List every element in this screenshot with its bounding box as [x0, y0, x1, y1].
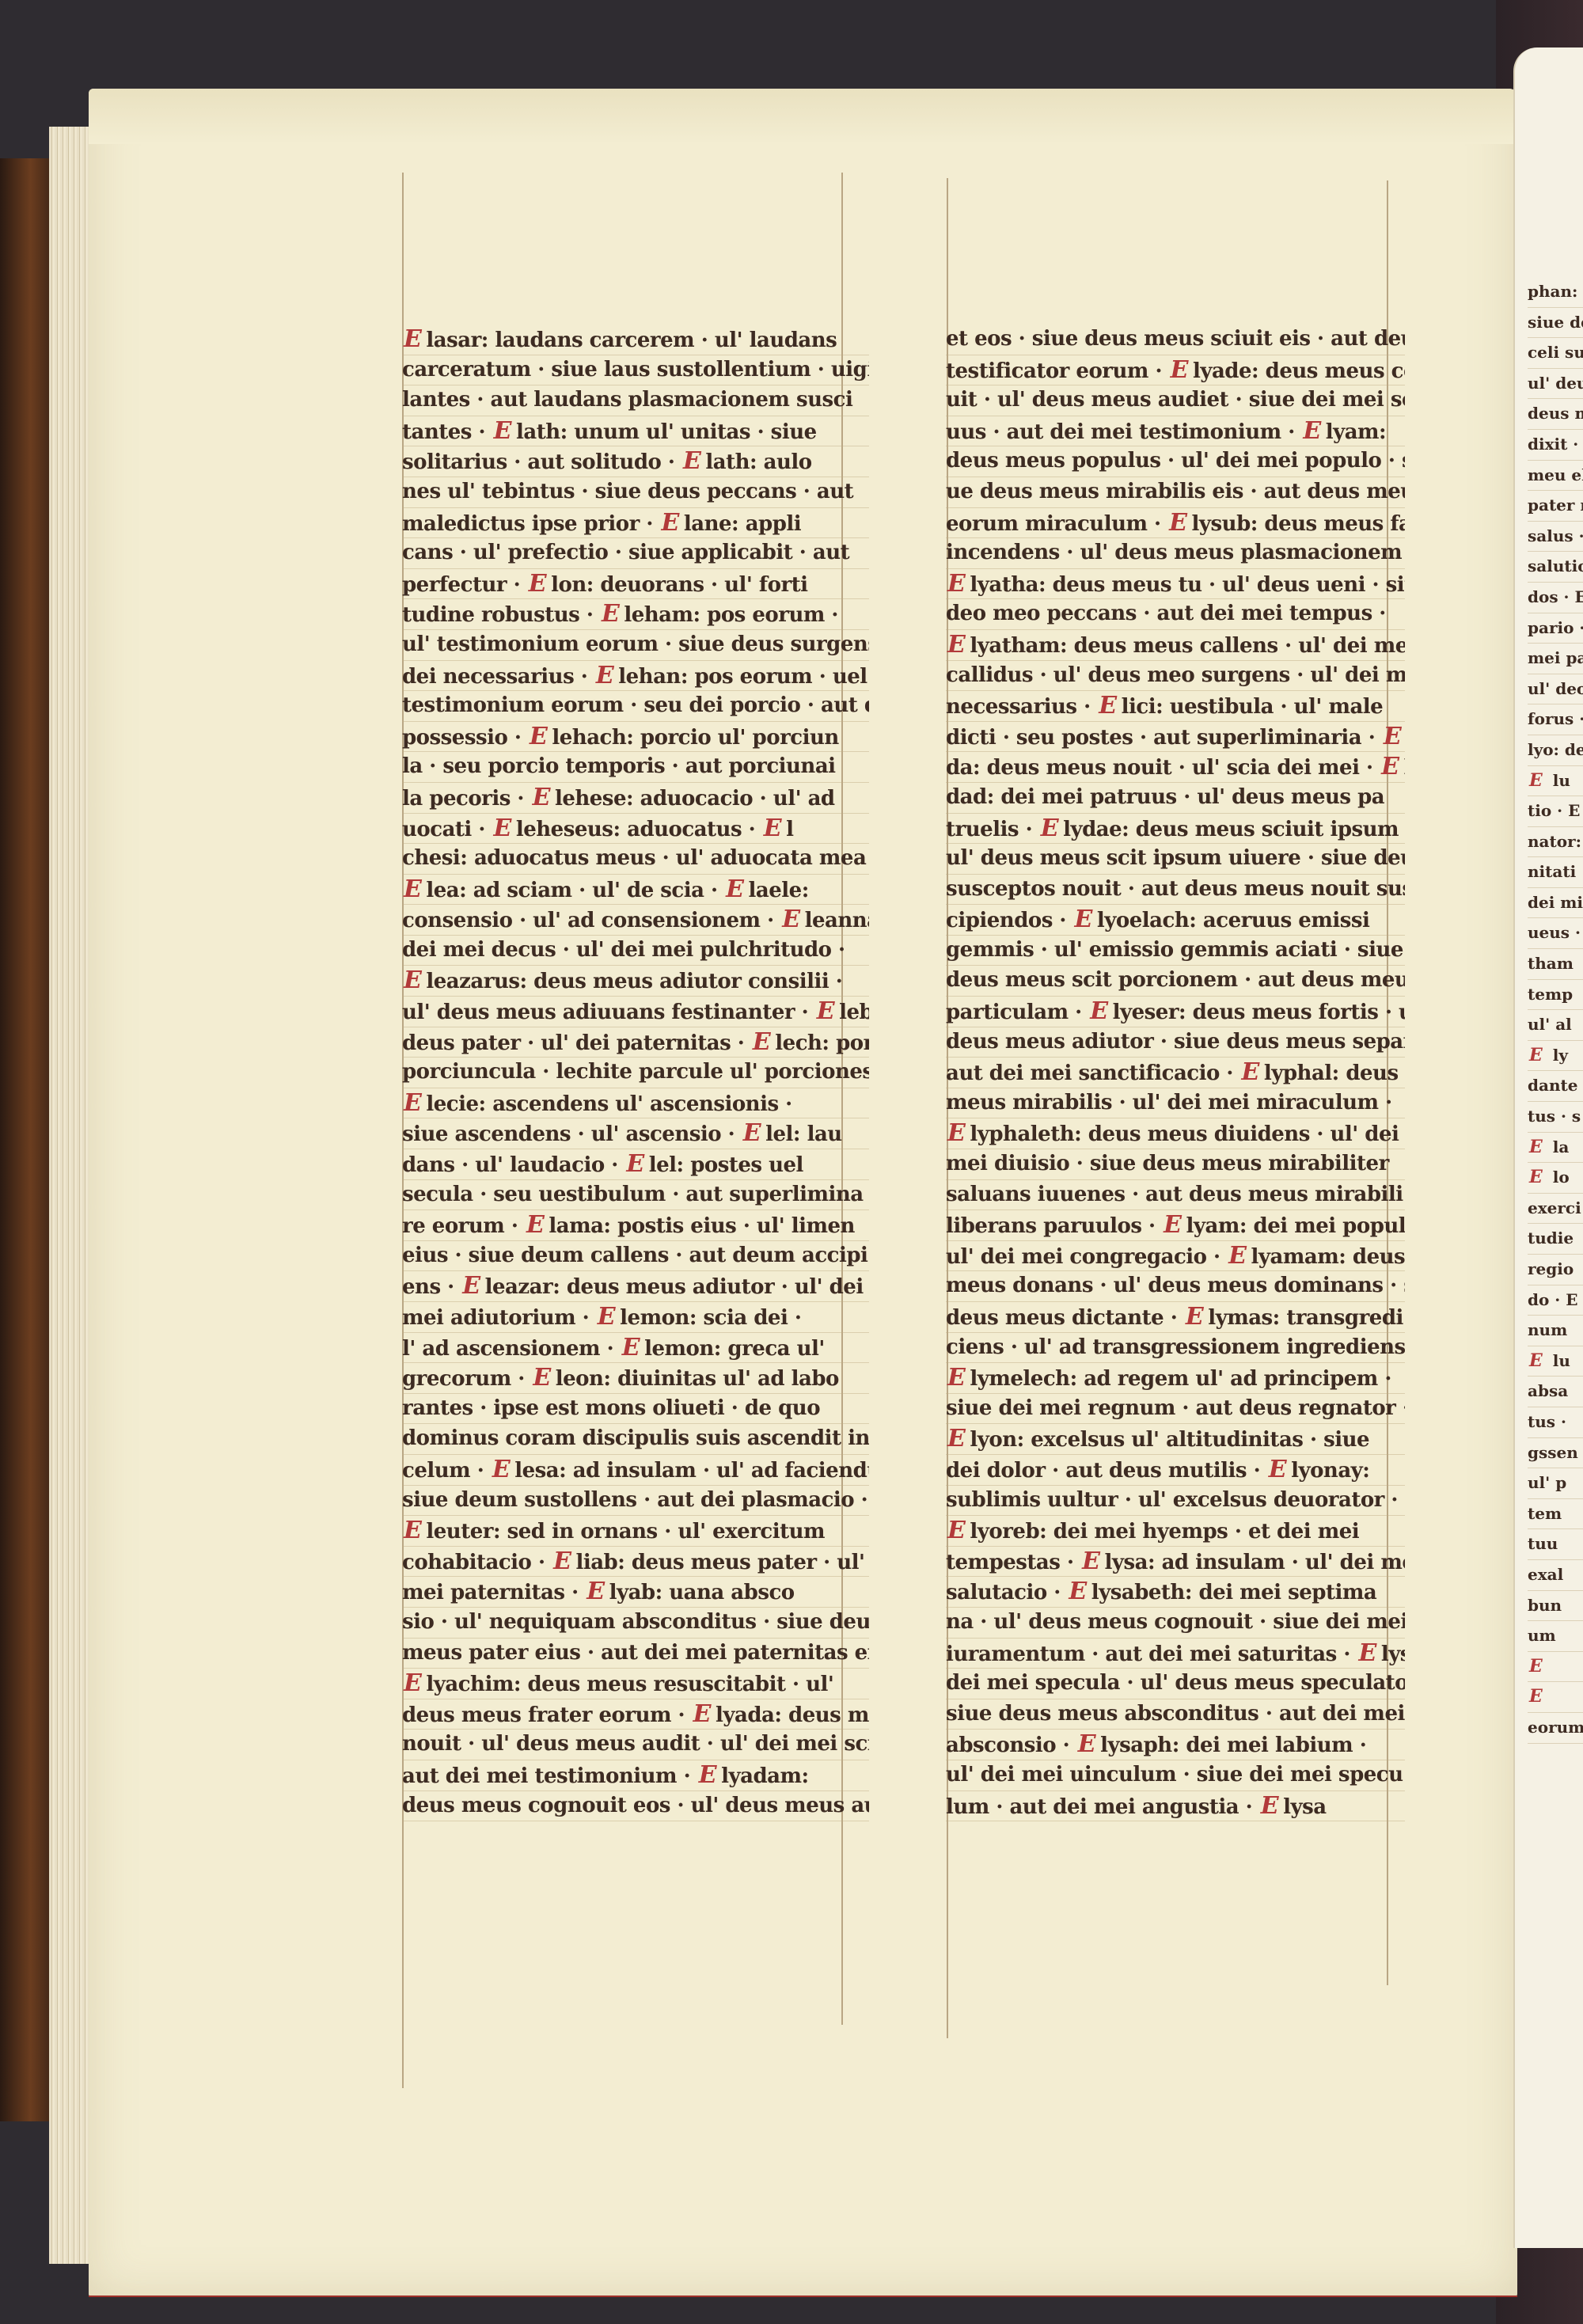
- line-text: callidus · ul' deus meo surgens · ul' de…: [946, 663, 1405, 687]
- text-line: carceratum · siue laus sustollentium · u…: [402, 355, 869, 386]
- facing-text-fragment: E la: [1528, 1133, 1583, 1164]
- facing-text-fragment: deus meus: [1528, 399, 1583, 430]
- line-text: lyatha: deus meus tu · ul' deus ueni · s…: [970, 573, 1405, 597]
- rubric-initial: E: [947, 631, 965, 659]
- line-text: lea: ad sciam · ul' de scia ·: [426, 879, 717, 902]
- text-line: deo meo peccans · aut dei mei tempus ·: [946, 599, 1405, 630]
- line-text: lyeser: deus meus fortis · uel: [1113, 1001, 1405, 1024]
- text-line: da: deus meus nouit · ul' scia dei mei ·…: [946, 752, 1405, 783]
- line-text: ul' deus meus adiuuans festinanter ·: [402, 1001, 808, 1024]
- rubric-initial: E: [662, 509, 679, 537]
- line-text: lyphaleth: deus meus diuidens · ul' dei: [970, 1122, 1399, 1146]
- text-line: maledictus ipse prior · Elane: appli: [402, 508, 869, 539]
- rubric-initial: E: [530, 723, 547, 750]
- text-line: dei mei decus · ul' dei mei pulchritudo …: [402, 936, 869, 966]
- facing-text-fragment: tio · E: [1528, 796, 1583, 827]
- line-text: lama: postis eius · ul' limen: [549, 1214, 855, 1238]
- line-text: dei necessarius ·: [402, 665, 587, 689]
- text-line: chesi: aduocatus meus · ul' aduocata mea…: [402, 844, 869, 875]
- text-line: nes ul' tebintus · siue deus peccans · a…: [402, 477, 869, 508]
- line-text: leham: pos eorum ·: [624, 603, 838, 627]
- line-text: ul' testimonium eorum · siue deus surgen…: [402, 632, 869, 656]
- line-text: cans · ul' prefectio · siue applicabit ·…: [402, 541, 849, 564]
- line-text: possessio ·: [402, 726, 521, 750]
- facing-text-fragment: absa: [1528, 1377, 1583, 1407]
- rubric-initial: E: [404, 325, 421, 353]
- line-text: deus meus populus · ul' dei mei populo ·…: [946, 449, 1405, 473]
- line-text: dei mei specula · ul' deus meus speculat…: [946, 1671, 1405, 1695]
- text-line: na · ul' deus meus cognouit · siue dei m…: [946, 1608, 1405, 1639]
- line-text: deus pater · ul' dei paternitas ·: [402, 1031, 744, 1055]
- facing-text-fragment: bun: [1528, 1591, 1583, 1622]
- facing-text-fragment: phan: de: [1528, 277, 1583, 308]
- line-text: lydae: deus meus sciuit ipsum esse ·: [1063, 818, 1405, 841]
- line-text: lantes · aut laudans plasmacionem susci: [402, 388, 852, 412]
- facing-text-fragment: nitati: [1528, 857, 1583, 888]
- line-text: porciuncula · lechite parcule ul' porcio…: [402, 1060, 869, 1084]
- rubric-initial: E: [404, 1669, 421, 1697]
- text-line: meus mirabilis · ul' dei mei miraculum ·: [946, 1088, 1405, 1119]
- text-line: siue dei mei regnum · aut deus regnator …: [946, 1394, 1405, 1425]
- text-line: testimonium eorum · seu dei porcio · aut…: [402, 691, 869, 722]
- book-binding: [0, 158, 55, 2121]
- text-line: siue deus meus absconditus · aut dei mei: [946, 1699, 1405, 1730]
- line-text: lech: porcio l': [775, 1031, 869, 1055]
- text-line: testificator eorum · Elyade: deus meus c…: [946, 355, 1405, 386]
- line-text: nes ul' tebintus · siue deus peccans · a…: [402, 480, 853, 503]
- text-line: ul' deus meus adiuuans festinanter · Ele…: [402, 997, 869, 1027]
- line-text: lasar: laudans carcerem · ul' laudans: [426, 328, 837, 352]
- line-text: tantes ·: [402, 420, 485, 444]
- text-line: tantes · Elath: unum ul' unitas · siue: [402, 416, 869, 447]
- text-line: dominus coram discipulis suis ascendit i…: [402, 1424, 869, 1455]
- line-text: lyon: excelsus ul' altitudinitas · siue: [970, 1428, 1369, 1452]
- facing-text-fragment: tem: [1528, 1499, 1583, 1530]
- facing-page-text: phan: desiue dei tceli supul' deusdeus m…: [1528, 277, 1583, 1744]
- line-text: deus meus cognouit eos · ul' deus meus a…: [402, 1794, 869, 1817]
- line-text: tempestas ·: [946, 1551, 1074, 1574]
- rubric-initial: E: [526, 1211, 544, 1239]
- text-line: consensio · ul' ad consensionem · Eleann…: [402, 905, 869, 936]
- line-text: lehan: pos eorum · uel: [618, 665, 867, 689]
- facing-text-fragment: do · E: [1528, 1285, 1583, 1316]
- text-line: ul' dei mei congregacio · Elyamam: deus: [946, 1241, 1405, 1272]
- line-text: liab: deus meus pater · ul' dei: [575, 1551, 869, 1574]
- line-text: dei dolor · aut deus mutilis ·: [946, 1459, 1260, 1483]
- facing-text-fragment: E lo: [1528, 1163, 1583, 1194]
- text-line: deus meus populus · ul' dei mei populo ·…: [946, 446, 1405, 477]
- text-line: meus donans · ul' deus meus dominans · s…: [946, 1271, 1405, 1302]
- text-line: necessarius · Elici: uestibula · ul' mal…: [946, 691, 1405, 722]
- facing-text-fragment: num: [1528, 1316, 1583, 1346]
- line-text: liberans paruulos ·: [946, 1214, 1156, 1238]
- line-text: lel: lau: [765, 1122, 842, 1146]
- text-line: Elyon: excelsus ul' altitudinitas · siue: [946, 1424, 1405, 1455]
- facing-text-fragment: gssen: [1528, 1438, 1583, 1469]
- text-line: solitarius · aut solitudo · Elath: aulo: [402, 446, 869, 477]
- line-text: secula · seu uestibulum · aut superlimin…: [402, 1183, 864, 1206]
- line-text: meus pater eius · aut dei mei paternitas…: [402, 1641, 869, 1665]
- text-line: tudine robustus · Eleham: pos eorum ·: [402, 599, 869, 630]
- text-line: gemmis · ul' emissio gemmis aciati · siu…: [946, 936, 1405, 966]
- rubric-initial: E: [1358, 1639, 1376, 1667]
- line-text: nouit · ul' deus meus audit · ul' dei me…: [402, 1732, 869, 1756]
- line-text: dominus coram discipulis suis ascendit i…: [402, 1426, 869, 1450]
- text-line: salutacio · Elysabeth: dei mei septima: [946, 1577, 1405, 1608]
- text-line: Elecie: ascendens ul' ascensionis ·: [402, 1088, 869, 1119]
- line-text: ciens · ul' ad transgressionem ingredien…: [946, 1335, 1405, 1359]
- line-text: lysa: [1283, 1795, 1326, 1819]
- line-text: la · seu porcio temporis · aut porciunai: [402, 754, 836, 778]
- text-line: dad: dei mei patruus · ul' deus meus pa: [946, 783, 1405, 814]
- line-text: gemmis · ul' emissio gemmis aciati · siu…: [946, 938, 1403, 962]
- rubric-initial: E: [1529, 1137, 1543, 1157]
- rubric-initial: E: [492, 1456, 510, 1483]
- line-text: ul' dei mei congregacio ·: [946, 1245, 1220, 1269]
- line-text: lyoelach: aceruus emissi: [1097, 909, 1369, 932]
- rubric-initial: E: [699, 1761, 716, 1789]
- text-line: dans · ul' laudacio · Elel: postes uel: [402, 1149, 869, 1180]
- facing-text-fragment: dixit · E: [1528, 430, 1583, 461]
- line-text: ens ·: [402, 1275, 454, 1299]
- facing-text-fragment: exerci: [1528, 1194, 1583, 1225]
- text-line: eius · siue deum callens · aut deum acci…: [402, 1241, 869, 1272]
- line-text: ul' dei mei uinculum · siue dei mei spec…: [946, 1763, 1403, 1787]
- rubric-initial: E: [947, 1517, 965, 1544]
- facing-text-fragment: exal: [1528, 1560, 1583, 1591]
- text-line: Elea: ad sciam · ul' de scia · Elaele:: [402, 875, 869, 906]
- text-line: perfectur · Elon: deuorans · ul' forti: [402, 569, 869, 600]
- text-line: ciens · ul' ad transgressionem ingredien…: [946, 1333, 1405, 1364]
- text-line: deus meus dictante · Elymas: transgredi …: [946, 1302, 1405, 1333]
- line-text: saluans iuuenes · aut deus meus mirabili: [946, 1183, 1403, 1206]
- facing-text-fragment: mei pa: [1528, 644, 1583, 674]
- line-text: uus · aut dei mei testimonium ·: [946, 420, 1295, 444]
- line-text: lysub: deus meus facturam: [1192, 512, 1405, 536]
- facing-text-fragment: siue dei t: [1528, 308, 1583, 339]
- line-text: salutacio ·: [946, 1581, 1061, 1604]
- rubric-initial: E: [753, 1028, 770, 1056]
- line-text: absconsio ·: [946, 1734, 1069, 1757]
- line-text: solitarius · aut solitudo ·: [402, 450, 674, 474]
- text-line: Elyphaleth: deus meus diuidens · ul' dei: [946, 1118, 1405, 1149]
- text-line: meus pater eius · aut dei mei paternitas…: [402, 1639, 869, 1669]
- text-line: dei mei specula · ul' deus meus speculat…: [946, 1669, 1405, 1699]
- line-text: lyamam: deus: [1251, 1245, 1405, 1269]
- line-text: lath: aulo: [705, 450, 811, 474]
- facing-text-fragment: lyo: dei: [1528, 735, 1583, 766]
- line-text: celum ·: [402, 1459, 484, 1483]
- line-text: dans · ul' laudacio ·: [402, 1153, 618, 1177]
- line-text: rantes · ipse est mons oliueti · de quo: [402, 1396, 820, 1420]
- facing-text-fragment: E lu: [1528, 1346, 1583, 1377]
- rubric-initial: E: [764, 815, 781, 842]
- line-text: deus meus frater eorum ·: [402, 1703, 685, 1727]
- text-line: uus · aut dei mei testimonium · Elyam:: [946, 416, 1405, 447]
- text-line: tempestas · Elysa: ad insulam · ul' dei …: [946, 1547, 1405, 1578]
- text-line: uit · ul' deus meus audiet · siue dei me…: [946, 385, 1405, 416]
- line-text: dei mei decus · ul' dei mei pulchritudo …: [402, 938, 845, 962]
- text-line: dicti · seu postes · aut superliminaria …: [946, 722, 1405, 753]
- line-text: l' ad ascensionem ·: [402, 1337, 613, 1361]
- facing-text-fragment: tuu: [1528, 1529, 1583, 1560]
- facing-text-fragment: eorum: [1528, 1713, 1583, 1744]
- facing-text-fragment: tus ·: [1528, 1407, 1583, 1438]
- rubric-initial: E: [947, 1364, 965, 1392]
- line-text: lyatham: deus meus callens · ul' dei mei: [970, 634, 1405, 658]
- text-line: Elyachim: deus meus resuscitabit · ul': [402, 1669, 869, 1699]
- line-text: lane: appli: [684, 512, 801, 536]
- rubric-initial: E: [1228, 1242, 1246, 1270]
- text-line: deus meus scit porcionem · aut deus meus…: [946, 966, 1405, 997]
- text-line: deus pater · ul' dei paternitas · Elech:…: [402, 1027, 869, 1058]
- facing-text-fragment: ul' p: [1528, 1468, 1583, 1499]
- facing-text-fragment: ul' deus: [1528, 369, 1583, 400]
- line-text: siue dei mei regnum · aut deus regnator …: [946, 1396, 1405, 1420]
- line-text: eorum miraculum ·: [946, 512, 1161, 536]
- facing-text-fragment: pario ·: [1528, 613, 1583, 644]
- line-text: lyam: dei mei populus ·: [1186, 1214, 1405, 1238]
- text-line: re eorum · Elama: postis eius · ul' lime…: [402, 1210, 869, 1241]
- rubric-initial: E: [947, 570, 965, 598]
- rubric-initial: E: [693, 1700, 711, 1728]
- text-line: la pecoris · Elehese: aduocacio · ul' ad: [402, 783, 869, 814]
- line-text: leon: diuinitas ul' ad labo: [556, 1367, 839, 1391]
- line-text: siue deum sustollens · aut dei plasmacio…: [402, 1488, 867, 1512]
- facing-text-fragment: forus ·: [1528, 704, 1583, 735]
- line-text: lel: postes uel: [649, 1153, 803, 1177]
- text-line: Elyoreb: dei mei hyemps · et dei mei: [946, 1516, 1405, 1547]
- text-line: et eos · siue deus meus sciuit eis · aut…: [946, 325, 1405, 355]
- line-text: mei paternitas ·: [402, 1581, 579, 1604]
- text-line: nouit · ul' deus meus audit · ul' dei me…: [402, 1730, 869, 1760]
- rubric-initial: E: [1261, 1792, 1278, 1820]
- line-text: lyab: uana absco: [609, 1581, 795, 1604]
- text-line: ue deus meus mirabilis eis · aut deus me…: [946, 477, 1405, 508]
- line-text: cipiendos ·: [946, 909, 1066, 932]
- text-line: deus meus cognouit eos · ul' deus meus a…: [402, 1791, 869, 1822]
- text-line: iuramentum · aut dei mei saturitas · Ely…: [946, 1639, 1405, 1669]
- text-line: Elymelech: ad regem ul' ad principem ·: [946, 1363, 1405, 1394]
- rubric-initial: E: [602, 600, 619, 628]
- line-text: mei diuisio · siue deus meus mirabiliter: [946, 1152, 1389, 1175]
- text-line: ul' dei mei uinculum · siue dei mei spec…: [946, 1760, 1405, 1791]
- text-line: susceptos nouit · aut deus meus nouit su…: [946, 875, 1405, 906]
- line-text: siue deus meus absconditus · aut dei mei: [946, 1702, 1405, 1726]
- line-text: da: deus meus nouit · ul' scia dei mei ·: [946, 756, 1373, 780]
- facing-text-fragment: salus · u: [1528, 522, 1583, 553]
- line-text: necessarius ·: [946, 695, 1091, 719]
- text-line: aut dei mei testimonium · Elyadam:: [402, 1760, 869, 1791]
- facing-text-fragment: pater meus: [1528, 491, 1583, 522]
- rubric-initial: E: [947, 1425, 965, 1452]
- text-line: celum · Elesa: ad insulam · ul' ad facie…: [402, 1455, 869, 1486]
- line-text: leheseus: aduocatus ·: [516, 818, 755, 841]
- rubric-initial: E: [1529, 1656, 1543, 1677]
- line-text: tudine robustus ·: [402, 603, 593, 627]
- text-column-left: Elasar: laudans carcerem · ul' laudansca…: [402, 325, 869, 1821]
- rubric-initial: E: [462, 1272, 480, 1300]
- rubric-initial: E: [404, 1089, 421, 1117]
- text-line: porciuncula · lechite parcule ul' porcio…: [402, 1058, 869, 1088]
- line-text: leazar: deus meus adiutor · ul' dei: [485, 1275, 864, 1299]
- facing-text-fragment: nator:: [1528, 827, 1583, 858]
- text-line: lum · aut dei mei angustia · Elysa: [946, 1791, 1405, 1822]
- facing-text-fragment: E lu: [1528, 766, 1583, 797]
- rubric-initial: E: [782, 906, 799, 933]
- line-text: lysa: ad insulam · ul' dei mei: [1104, 1551, 1405, 1574]
- facing-text-fragment: tham: [1528, 949, 1583, 980]
- line-text: consensio · ul' ad consensionem ·: [402, 909, 774, 932]
- line-text: lecie: ascendens ul' ascensionis ·: [426, 1092, 791, 1116]
- text-line: sublimis uultur · ul' excelsus deuorator…: [946, 1486, 1405, 1517]
- line-text: lyada: deus meus cog: [716, 1703, 869, 1727]
- line-text: lyadam:: [721, 1764, 808, 1788]
- rubric-initial: E: [1069, 1578, 1086, 1605]
- rubric-initial: E: [726, 875, 743, 903]
- line-text: eius · siue deum callens · aut deum acci…: [402, 1244, 867, 1267]
- rubric-initial: E: [1529, 770, 1543, 791]
- line-text: lysaph: dei mei labium ·: [1100, 1734, 1366, 1757]
- line-text: et eos · siue deus meus sciuit eis · aut…: [946, 327, 1405, 351]
- text-line: grecorum · Eleon: diuinitas ul' ad labo: [402, 1363, 869, 1394]
- text-line: liberans paruulos · Elyam: dei mei popul…: [946, 1210, 1405, 1241]
- line-text: truelis ·: [946, 818, 1032, 841]
- text-line: rantes · ipse est mons oliueti · de quo: [402, 1394, 869, 1425]
- text-line: Elyatham: deus meus callens · ul' dei me…: [946, 630, 1405, 661]
- line-text: lon: deuorans · ul' forti: [551, 573, 807, 597]
- facing-text-fragment: E: [1528, 1682, 1583, 1713]
- facing-text-fragment: dante: [1528, 1071, 1583, 1102]
- line-text: deus meus dictante ·: [946, 1306, 1177, 1330]
- facing-text-fragment: salutio: [1528, 552, 1583, 583]
- text-line: dei necessarius · Elehan: pos eorum · ue…: [402, 661, 869, 692]
- line-text: ly: [1403, 756, 1405, 780]
- line-text: uit · ul' deus meus audiet · siue dei me…: [946, 388, 1405, 412]
- rubric-initial: E: [494, 417, 511, 445]
- line-text: lysabeth: dei mei septima: [1091, 1581, 1377, 1604]
- text-line: incendens · ul' deus meus plasmacionem i…: [946, 538, 1405, 569]
- line-text: lemon: greca ul': [644, 1337, 825, 1361]
- rubric-initial: E: [947, 1119, 965, 1147]
- text-line: uocati · Eleheseus: aduocatus · El: [402, 814, 869, 845]
- line-text: perfectur ·: [402, 573, 520, 597]
- rubric-initial: E: [404, 1517, 421, 1544]
- rubric-initial: E: [1529, 1350, 1543, 1371]
- text-line: la · seu porcio temporis · aut porciunai: [402, 752, 869, 783]
- line-text: sublimis uultur · ul' excelsus deuorator…: [946, 1488, 1398, 1512]
- line-text: testimonium eorum · seu dei porcio · aut…: [402, 693, 869, 717]
- rubric-initial: E: [1384, 723, 1401, 750]
- facing-text-fragment: celi sup: [1528, 338, 1583, 369]
- text-line: Elyatha: deus meus tu · ul' deus ueni · …: [946, 569, 1405, 600]
- text-line: mei paternitas · Elyab: uana absco: [402, 1577, 869, 1608]
- text-line: callidus · ul' deus meo surgens · ul' de…: [946, 661, 1405, 692]
- facing-text-fragment: meu ela: [1528, 461, 1583, 492]
- line-text: ue deus meus mirabilis eis · aut deus me…: [946, 480, 1405, 503]
- rubric-initial: E: [1529, 1167, 1543, 1187]
- line-text: lymas: transgredi fa: [1208, 1306, 1405, 1330]
- line-text: particulam ·: [946, 1001, 1082, 1024]
- line-text: aut dei mei testimonium ·: [402, 1764, 690, 1788]
- line-text: lehese: aduocacio · ul' ad: [555, 787, 835, 811]
- rubric-initial: E: [1186, 1303, 1203, 1331]
- text-line: absconsio · Elysaph: dei mei labium ·: [946, 1730, 1405, 1760]
- rubric-initial: E: [1099, 692, 1116, 720]
- line-text: sio · ul' nequiquam absconditus · siue d…: [402, 1610, 869, 1634]
- line-text: lyachim: deus meus resuscitabit · ul': [426, 1673, 833, 1696]
- line-text: lysaph:: [1381, 1642, 1405, 1666]
- text-column-right: et eos · siue deus meus sciuit eis · aut…: [946, 325, 1405, 1821]
- line-text: re eorum ·: [402, 1214, 518, 1238]
- rubric-initial: E: [1269, 1456, 1286, 1483]
- text-line: ul' deus meus scit ipsum uiuere · siue d…: [946, 844, 1405, 875]
- line-text: l: [786, 818, 793, 841]
- line-text: meus donans · ul' deus meus dominans · s…: [946, 1274, 1405, 1297]
- rubric-initial: E: [683, 447, 700, 475]
- line-text: deus meus scit porcionem · aut deus meus…: [946, 968, 1405, 992]
- line-text: susceptos nouit · aut deus meus nouit su…: [946, 877, 1405, 901]
- text-line: saluans iuuenes · aut deus meus mirabili: [946, 1180, 1405, 1211]
- text-line: Eleuter: sed in ornans · ul' exercitum: [402, 1516, 869, 1547]
- text-line: deus meus adiutor · siue deus meus separ…: [946, 1027, 1405, 1058]
- line-text: laele:: [749, 879, 809, 902]
- line-text: lyade: deus meus cogno: [1193, 359, 1405, 383]
- rubric-initial: E: [817, 997, 834, 1025]
- rubric-initial: E: [1171, 356, 1188, 384]
- facing-text-fragment: ul' deo: [1528, 674, 1583, 705]
- line-text: lyam:: [1326, 420, 1386, 444]
- line-text: iuramentum · aut dei mei saturitas ·: [946, 1642, 1350, 1666]
- line-text: maledictus ipse prior ·: [402, 512, 653, 536]
- line-text: lymelech: ad regem ul' ad principem ·: [970, 1367, 1391, 1391]
- line-text: leanna:: [805, 909, 869, 932]
- text-line: l' ad ascensionem · Elemon: greca ul': [402, 1333, 869, 1364]
- line-text: siue ascendens · ul' ascensio ·: [402, 1122, 735, 1146]
- line-text: lyoreb: dei mei hyemps · et dei mei: [970, 1520, 1359, 1544]
- text-line: ul' testimonium eorum · siue deus surgen…: [402, 630, 869, 661]
- text-line: siue deum sustollens · aut dei plasmacio…: [402, 1486, 869, 1517]
- line-text: ul' deus meus scit ipsum uiuere · siue d…: [946, 846, 1405, 870]
- line-text: deus meus adiutor · siue deus meus separ…: [946, 1030, 1405, 1054]
- facing-text-fragment: E ly: [1528, 1041, 1583, 1072]
- line-text: cohabitacio ·: [402, 1551, 545, 1574]
- line-text: leazarus: deus meus adiutor consilii ·: [426, 970, 842, 993]
- text-line: siue ascendens · ul' ascensio · Elel: la…: [402, 1118, 869, 1149]
- text-line: aut dei mei sanctificacio · Elyphal: deu…: [946, 1058, 1405, 1088]
- line-text: lesa: ad insulam · ul' ad faciendum: [514, 1459, 869, 1483]
- rubric-initial: E: [1164, 1211, 1181, 1239]
- rubric-initial: E: [529, 570, 546, 598]
- facing-text-fragment: temp: [1528, 980, 1583, 1011]
- rubric-initial: E: [533, 784, 550, 811]
- text-line: sio · ul' nequiquam absconditus · siue d…: [402, 1608, 869, 1639]
- rubric-initial: E: [743, 1119, 761, 1147]
- line-text: aut dei mei sanctificacio ·: [946, 1061, 1233, 1085]
- rubric-initial: E: [626, 1150, 643, 1178]
- line-text: uocati ·: [402, 818, 485, 841]
- rubric-initial: E: [587, 1578, 604, 1605]
- rubric-initial: E: [1529, 1045, 1543, 1065]
- line-text: la pecoris ·: [402, 787, 524, 811]
- facing-text-fragment: ueus ·: [1528, 918, 1583, 949]
- rubric-initial: E: [598, 1303, 615, 1331]
- rubric-initial: E: [1529, 1686, 1543, 1707]
- facing-text-fragment: ul' al: [1528, 1010, 1583, 1041]
- rubric-initial: E: [1078, 1730, 1095, 1758]
- line-text: lum · aut dei mei angustia ·: [946, 1795, 1252, 1819]
- line-text: lehach: porcio ul' porciun: [552, 726, 838, 750]
